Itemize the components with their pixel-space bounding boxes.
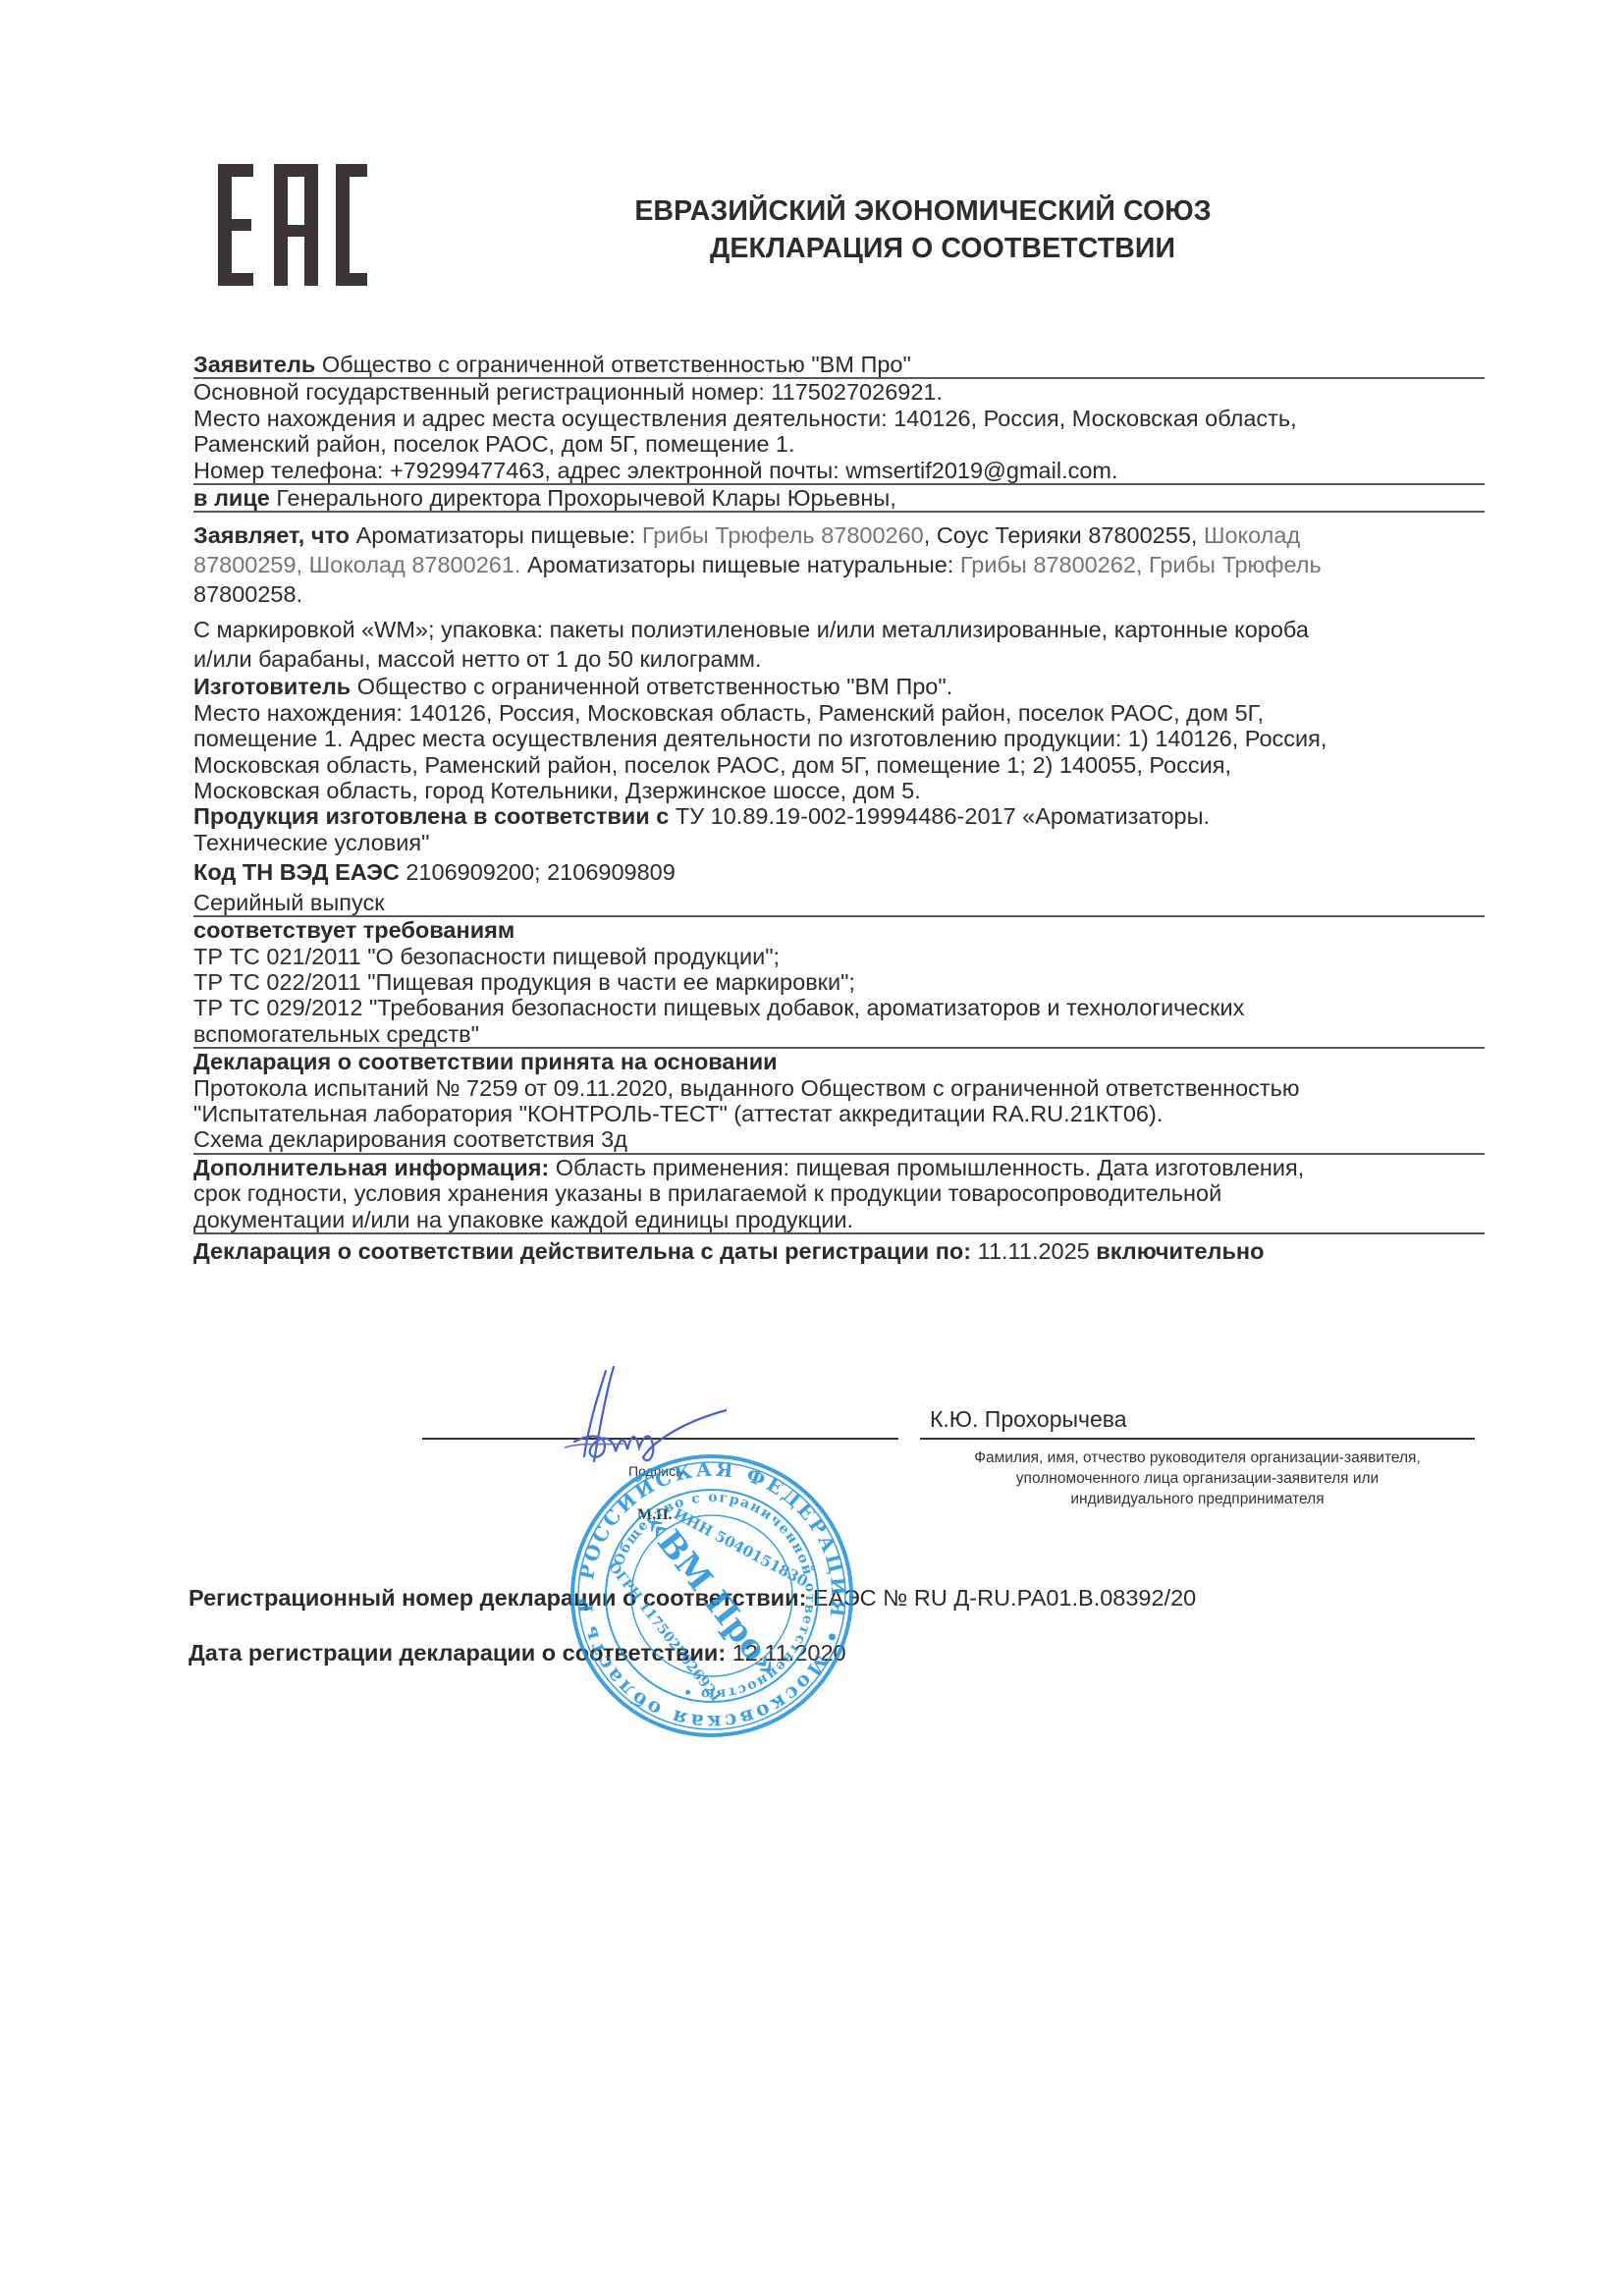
svg-text:ИНН 5040151830: ИНН 5040151830 [671, 1504, 811, 1590]
additional-info-row: Дополнительная информация: Область приме… [193, 1155, 1485, 1180]
signature-line [422, 1438, 898, 1440]
manufacturer-label: Изготовитель [193, 674, 351, 699]
requirement-line: вспомогательных средств" [193, 1021, 1485, 1049]
validity-date: 11.11.2025 [971, 1238, 1096, 1264]
declares-line-2: 87800259, Шоколад 87800261. Ароматизатор… [193, 550, 1485, 579]
standard-label: Продукция изготовлена в соответствии с [193, 803, 669, 829]
requirements-label: соответствует требованиям [193, 917, 1485, 943]
additional-info-text: Область применения: пищевая промышленнос… [549, 1155, 1304, 1180]
declaration-body: Заявитель Общество с ограниченной ответс… [193, 352, 1485, 1264]
standard-row-2: Технические условия" [193, 830, 1485, 855]
signature-label: Подпись [628, 1463, 682, 1479]
manufacturer-row: Изготовитель Общество с ограниченной отв… [193, 674, 1485, 699]
standard-row: Продукция изготовлена в соответствии с Т… [193, 803, 1485, 829]
registration-number-label: Регистрационный номер декларации о соотв… [189, 1585, 806, 1611]
applicant-address-2: Раменский район, поселок РАОС, дом 5Г, п… [193, 431, 1485, 457]
marking-line-2: и/или барабаны, массой нетто от 1 до 50 … [193, 644, 1485, 674]
signer-name: К.Ю. Прохорычева [930, 1406, 1127, 1433]
product-name: Шоколад [1204, 522, 1300, 548]
requirement-line: ТР ТС 021/2011 "О безопасности пищевой п… [193, 944, 1485, 969]
validity-suffix: включительно [1096, 1238, 1264, 1264]
caption-line: индивидуального предпринимателя [920, 1489, 1475, 1509]
validity-label: Декларация о соответствии действительна … [193, 1238, 971, 1264]
registration-number-row: Регистрационный номер декларации о соотв… [189, 1585, 1196, 1612]
product-name: 87800259, Шоколад 87800261. [193, 552, 520, 577]
declaration-scheme: Схема декларирования соответствия 3д [193, 1126, 1485, 1154]
signer-caption: Фамилия, имя, отчество руководителя орга… [920, 1448, 1475, 1509]
caption-line: уполномоченного лица организации-заявите… [920, 1468, 1475, 1489]
applicant-contacts: Номер телефона: +79299477463, адрес элек… [193, 458, 1485, 485]
svg-text:ОГРН 1175027026921: ОГРН 1175027026921 [605, 1559, 725, 1706]
marking-line-1: С маркировкой «WM»; упаковка: пакеты пол… [193, 615, 1485, 644]
declares-text: Ароматизаторы пищевые: [350, 522, 642, 548]
release-type: Серийный выпуск [193, 890, 1485, 917]
basis-label: Декларация о соответствии принята на осн… [193, 1049, 1485, 1074]
product-name: Грибы 87800262, Грибы Трюфель [960, 552, 1322, 577]
signer-name-line [920, 1438, 1475, 1440]
declares-line-1: Заявляет, что Ароматизаторы пищевые: Гри… [193, 520, 1485, 550]
manufacturer-address-line: помещение 1. Адрес места осуществления д… [193, 726, 1485, 751]
product-name: Грибы Трюфель 87800260 [642, 522, 924, 548]
caption-line: Фамилия, имя, отчество руководителя орга… [920, 1448, 1475, 1468]
registration-date-row: Дата регистрации декларации о соответств… [189, 1640, 846, 1667]
standard-text: ТУ 10.89.19-002-19994486-2017 «Ароматиза… [669, 803, 1210, 829]
basis-line: Протокола испытаний № 7259 от 09.11.2020… [193, 1075, 1485, 1101]
applicant-ogrn: Основной государственный регистрационный… [193, 379, 1485, 405]
eac-logo-icon [218, 164, 361, 286]
manufacturer-address-line: Московская область, город Котельники, Дз… [193, 778, 1485, 803]
applicant-address-1: Место нахождения и адрес места осуществл… [193, 406, 1485, 431]
registration-date-label: Дата регистрации декларации о соответств… [189, 1640, 726, 1666]
hs-code-row: Код ТН ВЭД ЕАЭС 2106909200; 2106909809 [193, 859, 1485, 885]
represented-by-label: в лице [193, 485, 270, 511]
manufacturer-address-line: Место нахождения: 140126, Россия, Москов… [193, 700, 1485, 726]
declares-label: Заявляет, что [193, 522, 350, 548]
seal-label: М.П. [637, 1506, 673, 1524]
union-title: ЕВРАЗИЙСКИЙ ЭКОНОМИЧЕСКИЙ СОЮЗ [550, 192, 1296, 230]
hs-code-label: Код ТН ВЭД ЕАЭС [193, 859, 400, 885]
requirement-line: ТР ТС 029/2012 "Требования безопасности … [193, 995, 1485, 1020]
handwritten-signature-icon [545, 1363, 727, 1476]
applicant-label: Заявитель [193, 352, 315, 377]
hs-code-value: 2106909200; 2106909809 [400, 859, 676, 885]
product-name: , Соус Терияки 87800255, [924, 522, 1204, 548]
represented-by-text: Генерального директора Прохорычевой Клар… [270, 485, 896, 511]
requirement-line: ТР ТС 022/2011 "Пищевая продукция в част… [193, 969, 1485, 995]
validity-row: Декларация о соответствии действительна … [193, 1238, 1485, 1264]
applicant-row: Заявитель Общество с ограниченной ответс… [193, 352, 1485, 379]
basis-line: "Испытательная лаборатория "КОНТРОЛЬ-ТЕС… [193, 1101, 1485, 1126]
applicant-name: Общество с ограниченной ответственностью… [315, 352, 910, 377]
manufacturer-address-line: Московская область, Раменский район, пос… [193, 752, 1485, 778]
registration-number-value: ЕАЭС № RU Д-RU.РА01.В.08392/20 [806, 1585, 1196, 1611]
declaration-page: ЕВРАЗИЙСКИЙ ЭКОНОМИЧЕСКИЙ СОЮЗ ДЕКЛАРАЦИ… [0, 0, 1624, 2296]
additional-info-line: срок годности, условия хранения указаны … [193, 1180, 1485, 1206]
additional-info-label: Дополнительная информация: [193, 1155, 549, 1180]
document-header: ЕВРАЗИЙСКИЙ ЭКОНОМИЧЕСКИЙ СОЮЗ ДЕКЛАРАЦИ… [550, 192, 1296, 267]
manufacturer-name: Общество с ограниченной ответственностью… [351, 674, 952, 699]
represented-by-row: в лице Генерального директора Прохорычев… [193, 485, 1485, 513]
document-title: ДЕКЛАРАЦИЯ О СООТВЕТСТВИИ [550, 230, 1296, 267]
declares-line-3: 87800258. [193, 579, 1485, 609]
additional-info-line: документации и/или на упаковке каждой ед… [193, 1207, 1485, 1234]
registration-date-value: 12.11.2020 [726, 1640, 845, 1666]
declares-text: Ароматизаторы пищевые натуральные: [520, 552, 959, 577]
